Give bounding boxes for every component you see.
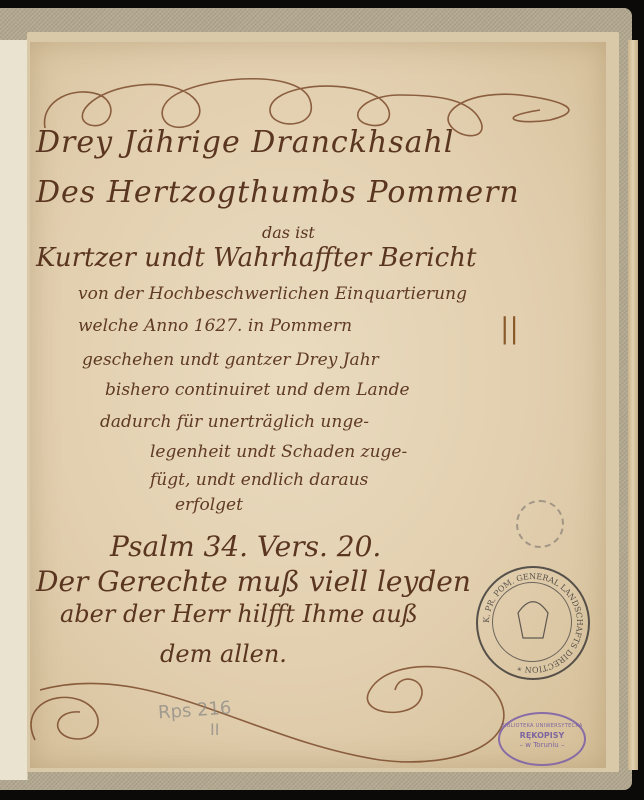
library-round-stamp: K. PR. POM. GENERAL LANDSCHAFTS DIRECTIO…	[476, 566, 590, 680]
flyleaf	[0, 40, 28, 780]
body-line: bishero continuiret und dem Lande	[105, 380, 410, 400]
margin-mark: ||	[500, 312, 519, 345]
faint-stamp	[516, 500, 564, 548]
verse-line: Der Gerechte muß viell leyden	[36, 565, 471, 598]
body-line: welche Anno 1627. in Pommern	[78, 316, 352, 336]
svg-text:K. PR. POM. GENERAL LANDSCHAFT: K. PR. POM. GENERAL LANDSCHAFTS DIRECTIO…	[482, 572, 584, 674]
connector-text: das ist	[262, 223, 315, 242]
title-line-1: Drey Jährige Dranckhsahl	[36, 125, 454, 160]
title-line-2: Des Hertzogthumbs Pommern	[36, 175, 520, 210]
pencil-shelfmark-sub: II	[210, 720, 219, 739]
body-line: fügt, undt endlich daraus	[150, 470, 368, 490]
body-line: legenheit undt Schaden zuge-	[150, 442, 407, 462]
page-edge	[628, 40, 638, 770]
body-line: von der Hochbeschwerlichen Einquartierun…	[78, 284, 467, 304]
subtitle-line: Kurtzer undt Wahrhaffter Bericht	[36, 243, 476, 273]
psalm-reference: Psalm 34. Vers. 20.	[110, 530, 381, 563]
body-line: erfolget	[175, 495, 243, 515]
stamp-ring-text: K. PR. POM. GENERAL LANDSCHAFTS DIRECTIO…	[478, 568, 588, 678]
stamp-line: BIBLIOTEKA UNIWERSYTECKA	[500, 723, 584, 729]
verse-line: dem allen.	[160, 640, 287, 668]
stamp-line: – w Toruniu –	[500, 741, 584, 749]
body-line: geschehen undt gantzer Drey Jahr	[82, 350, 379, 370]
library-oval-stamp: BIBLIOTEKA UNIWERSYTECKA RĘKOPISY – w To…	[498, 712, 586, 766]
verse-line: aber der Herr hilfft Ihme auß	[60, 600, 418, 628]
body-line: dadurch für unerträglich unge-	[100, 412, 369, 432]
stamp-line: RĘKOPISY	[500, 731, 584, 740]
